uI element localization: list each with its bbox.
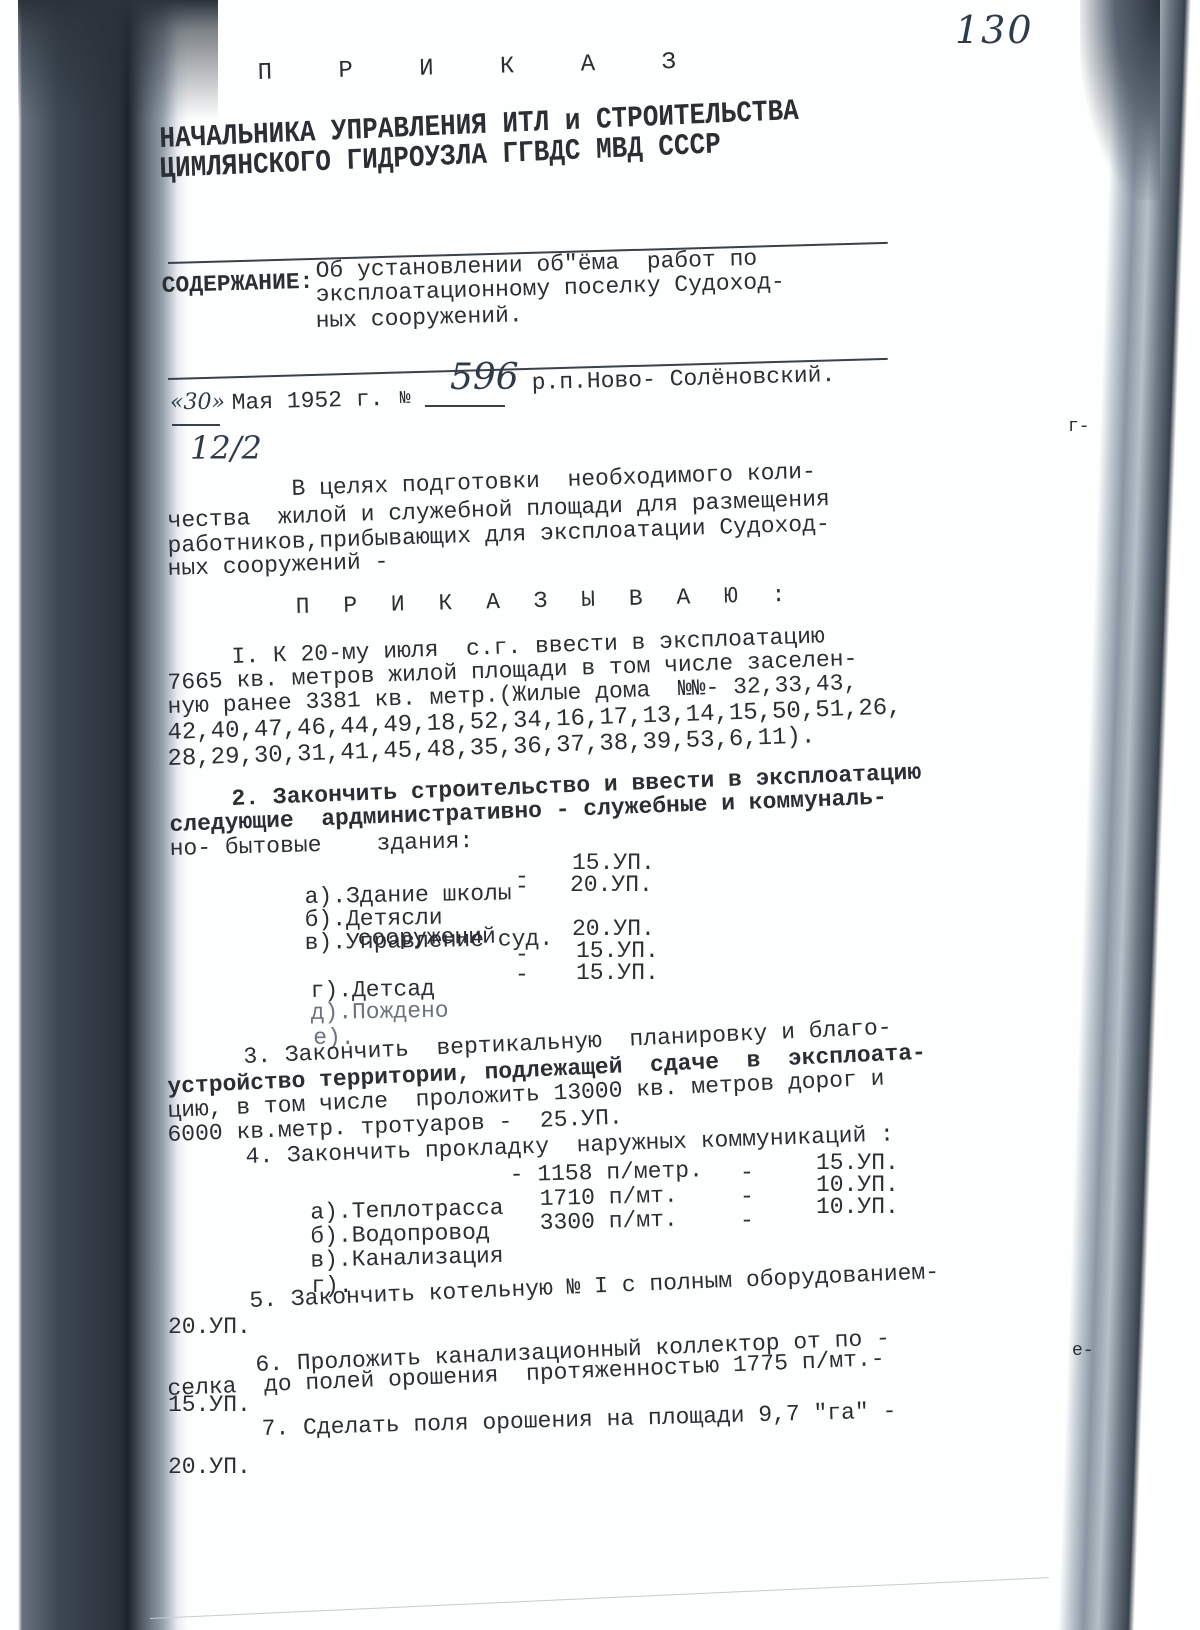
item7-line-1: 7. Сделать поля орошения на площади 9,7 … [261,1400,896,1441]
item5-line-2: 20.УП. [168,1316,251,1339]
margin-fragment-right-2: е- [1072,1342,1094,1360]
subject-label: СОДЕРЖАНИЕ: [161,271,313,298]
margin-fragment-right-1: г- [1068,418,1090,436]
item4-row-v-length: 3300 п/мт. [539,1209,678,1235]
handwritten-underline [172,424,220,426]
row-letter: в [304,930,318,956]
item2-row-b-dash: - [515,876,529,899]
row-name: .Канализация [338,1243,504,1273]
item2-row-g-dash: - [515,964,529,987]
item4-row-v-dash: - [740,1210,754,1233]
order-word: П Р И К А З Ы В А Ю : [295,584,795,619]
item2-line-3: но- бытовые здания: [169,830,473,861]
document-title: П Р И К А З [257,50,702,86]
item4-row-a-dash: - [740,1162,754,1185]
subject-line-3: ных сооружений. [315,304,523,333]
preamble-line-4: ных сооружений - [167,551,388,581]
date-day: «30» [170,392,225,414]
scan-right-edge-shadow [1058,0,1200,1630]
item6-line-3: 15.УП. [168,1394,251,1417]
item7-line-2: 20.УП. [168,1456,251,1479]
handwritten-note: 12/2 [190,432,262,464]
scan-artifact-line [150,1577,1049,1619]
scan-top-left-shadow [18,0,218,120]
order-number-prefix: № [400,390,411,408]
item2-row-g-date: 15.УП. [576,962,659,985]
item4-row-b-dash: - [740,1186,754,1209]
item4-row-v-date: 10.УП. [816,1196,899,1219]
item2-row-b-date: 20.УП. [570,874,653,897]
order-number: 596 [450,360,519,396]
scan-left-edge-shadow [18,0,188,1630]
place-name: р.п.Ново- Солёновский. [531,364,835,395]
order-number-underline [425,405,505,407]
page-number: 130 [955,8,1034,52]
scan-top-right-shadow [1080,0,1160,200]
item2-row-v-cont: сооружений [358,926,496,951]
date-month-year: Мая 1952 г. [231,388,383,415]
